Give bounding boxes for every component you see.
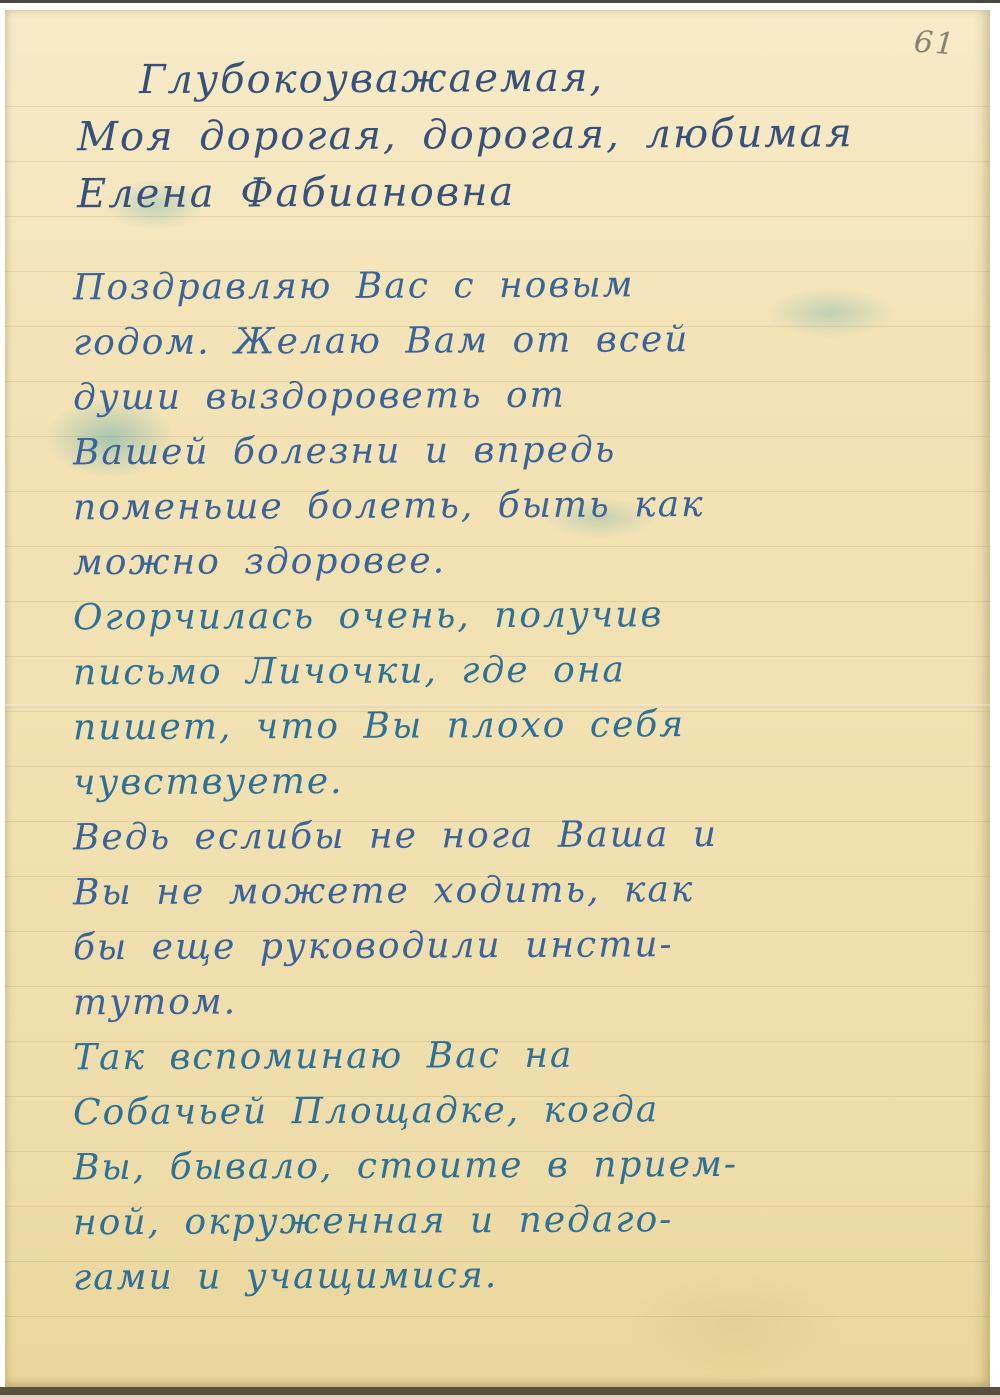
salutation-line: Елена Фабиановна — [77, 162, 960, 224]
letter-paragraph: Так вспоминаю Вас наСобачьей Площадке, к… — [73, 1028, 962, 1303]
letter-line: годом. Желаю Вам от всей — [73, 311, 962, 371]
letter-line: пишет, что Вы плохо себя — [73, 696, 962, 756]
salutation-line: Глубокоуважаемая, — [139, 48, 960, 109]
letter-line: Огорчилась очень, получив — [73, 586, 962, 646]
letter-paragraph: Поздравляю Вас с новымгодом. Желаю Вам о… — [73, 258, 962, 588]
letter-line: Собачьей Площадке, когда — [73, 1081, 962, 1141]
letter-line: письмо Личочки, где она — [73, 641, 962, 701]
letter-paper: 61 Глубокоуважаемая,Моя дорогая, дорогая… — [5, 10, 990, 1387]
letter-paragraph: Ведь еслибы не нога Ваша иВы не можете х… — [73, 808, 962, 1028]
salutation-line: Моя дорогая, дорогая, любимая — [77, 105, 960, 167]
letter-line: ной, окруженная и педаго- — [73, 1191, 962, 1251]
letter-line: чувствуете. — [73, 751, 962, 811]
letter-body: Поздравляю Вас с новымгодом. Желаю Вам о… — [73, 258, 962, 1303]
letter-line: Так вспоминаю Вас на — [73, 1026, 962, 1086]
letter-line: можно здоровее. — [73, 531, 962, 591]
scan-edge-top — [0, 0, 1000, 3]
letter-line: поменьше болеть, быть как — [73, 476, 962, 536]
letter-line: гами и учащимися. — [73, 1246, 962, 1306]
letter-line: Вашей болезни и впредь — [73, 421, 962, 481]
letter-line: Вы не можете ходить, как — [73, 861, 962, 921]
scan-edge-bottom-shadow — [0, 1387, 1000, 1395]
letter-line: души выздороветь от — [73, 366, 962, 426]
scanned-letter-page: 61 Глубокоуважаемая,Моя дорогая, дорогая… — [0, 0, 1000, 1398]
letter-line: тутом. — [73, 971, 962, 1031]
letter-paragraph: Огорчилась очень, получивписьмо Личочки,… — [73, 588, 962, 808]
letter-line: Поздравляю Вас с новым — [73, 256, 962, 316]
letter-line: Вы, бывало, стоите в прием- — [73, 1136, 962, 1196]
letter-salutation: Глубокоуважаемая,Моя дорогая, дорогая, л… — [77, 50, 960, 221]
letter-line: бы еще руководили инсти- — [73, 916, 962, 976]
letter-line: Ведь еслибы не нога Ваша и — [73, 806, 962, 866]
